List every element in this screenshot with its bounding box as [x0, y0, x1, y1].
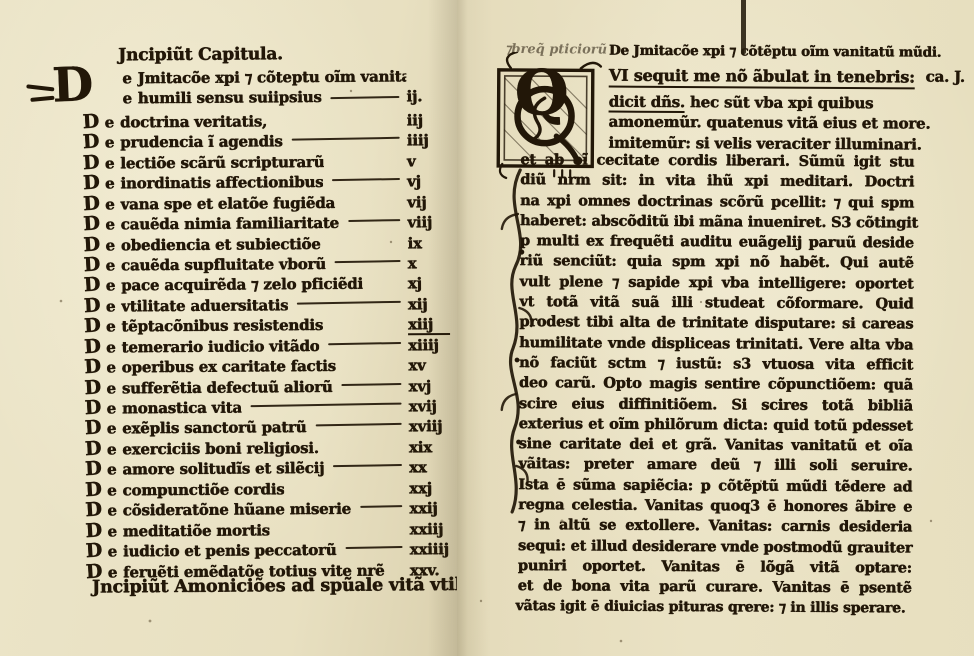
entry-title: cauẽda nimia familiaritate	[121, 214, 339, 234]
toc-entry: Deoperibus ex caritate factisxv	[84, 353, 450, 376]
toc-entry: Detemerario iudicio vitãdoxiiij	[84, 333, 450, 356]
entry-page-numeral: xv	[408, 356, 450, 374]
initial-flourish-icon	[30, 96, 54, 102]
body-line: puniri oportet. Vanitas ē lõgã vitã opta…	[518, 556, 912, 579]
entry-page-numeral: xx	[409, 458, 451, 476]
leader-gap	[336, 370, 408, 371]
toc-entry: Deobediencia et subiectiõeix	[83, 231, 449, 254]
entry-page-numeral: xxj	[409, 479, 451, 497]
leader-gap	[321, 248, 408, 249]
entry-initial-small: e	[105, 134, 114, 152]
toc-entry: Deexerciciis boni religiosi.xix	[85, 435, 451, 458]
entry-initial-small: e	[106, 297, 115, 315]
entry-initial-small: e	[106, 379, 115, 397]
catchword-line: vãtas igit ē diuicias pituras qrere: ⁊ i…	[515, 598, 905, 616]
toc-entry: Decauẽda nimia familiaritateviij	[83, 210, 449, 233]
leader-gap	[270, 534, 410, 535]
entry-title: vana spe et elatõe fugiẽda	[120, 193, 335, 212]
entry-title: iudicio et penis peccatorũ	[123, 541, 337, 560]
body-line: humilitate vnde displiceas trinitati. Ve…	[519, 333, 913, 356]
entry-initial-small: e	[107, 420, 116, 438]
body-text-block: et ab oĩ cecitate cordis liberari. Sũmũ …	[518, 150, 915, 599]
text-line-rest: hec sũt vba xpi quibus	[685, 93, 873, 112]
entry-page-numeral: xj	[408, 274, 450, 292]
initial-flourish-icon	[26, 84, 54, 91]
leader-line	[331, 96, 400, 100]
entry-title: Jmitacõe xpi ⁊ cõteptu oĩm vanitatũ mũdi	[138, 67, 407, 87]
entry-title: sufferẽtia defectuũ aliorũ	[122, 377, 333, 396]
entry-initial-small: e	[107, 440, 116, 458]
leader-gap	[324, 166, 407, 167]
toc-entry: Detẽptacõnibus resistendisxiij	[84, 312, 450, 335]
toc-entry: Devana spe et elatõe fugiẽdavij	[83, 190, 449, 213]
entry-initial: D	[82, 171, 105, 194]
entry-title: exerciciis boni religiosi.	[122, 439, 319, 458]
entry-title: cauẽda supfluitate vborũ	[121, 255, 326, 274]
entry-title: cõsideratõne hũane miserie	[123, 500, 351, 520]
entry-title: tẽptacõnibus resistendis	[121, 316, 323, 335]
entry-initial-small: e	[106, 277, 115, 295]
body-line: riũ senciũt: quia spm xpi nõ habẽt. Qui …	[520, 252, 914, 275]
body-line: deo carũ. Opto magis sentire cõpunctiõem…	[519, 373, 913, 396]
toc-entry: Decõsideratõne hũane miseriexxij	[85, 496, 451, 519]
entry-initial-small: e	[107, 461, 116, 479]
body-line: nõ faciũt sctm ⁊ iustũ: s3 vtuosa vita e…	[519, 353, 913, 376]
entry-title: doctrina veritatis,	[120, 112, 267, 131]
text-line: amonemũr. quatenus vitã eius et more.	[608, 112, 930, 134]
entry-title: exẽplis sanctorũ patrũ	[122, 418, 306, 437]
scan-artifact-mark	[741, 0, 746, 54]
body-line: vt totã vitã suã illi studeat cõformare.…	[519, 292, 913, 315]
entry-initial-small: e	[105, 175, 114, 193]
entry-initial-small: e	[122, 69, 131, 87]
toc-entry: Deprudencia ĩ agendisiiij	[83, 128, 449, 151]
incipit-text: VI sequit me nõ ãbulat in tenebris:	[609, 66, 915, 90]
entry-title: pace acquirẽda ⁊ zelo pficiẽdi	[121, 275, 363, 295]
entry-page-numeral: xvij	[409, 397, 451, 415]
entry-initial-small: e	[107, 481, 116, 499]
entry-title: amore solitudĩs et silẽcij	[122, 459, 324, 478]
leader-line	[297, 301, 401, 305]
right-page-content: Q ⁊breq̃ pticiorũ De Jmitacõe xpi ⁊ cõtẽ…	[453, 0, 974, 656]
entry-page-numeral: xxiiij	[410, 540, 452, 558]
underlined-words: dicit dñs.	[609, 93, 685, 113]
entry-page-numeral: ix	[407, 234, 449, 252]
entry-page-numeral: xvj	[408, 377, 450, 395]
toc-entry: eJmitacõe xpi ⁊ cõteptu oĩm vanitatũ mũd…	[82, 67, 448, 90]
leader-line	[328, 342, 401, 346]
toc-entry: Desufferẽtia defectuũ aliorũxvj	[84, 374, 450, 397]
leader-gap	[319, 452, 409, 453]
left-page-heading: Jncipiũt Capitula.	[118, 44, 283, 65]
entry-title: obediencia et subiectiõe	[121, 234, 321, 253]
body-line: na xpi omnes doctrinas scõrũ pcellit: ⁊ …	[520, 191, 914, 214]
entry-title: inordinatis affectionibus	[120, 173, 323, 192]
entry-initial: D	[84, 457, 107, 480]
body-line: exterius et oĩm philõrum dicta: quid tot…	[519, 414, 913, 437]
entry-title: humili sensu suiipsius	[138, 88, 322, 107]
leader-gap	[267, 125, 407, 126]
handwritten-inscription: ⁊breq̃ pticiorũ	[505, 42, 607, 58]
entry-initial-small: e	[105, 113, 114, 131]
entry-initial-small: e	[107, 502, 116, 520]
toc-entry: Demeditatiõe mortisxxiij	[85, 517, 451, 540]
entry-initial-small: e	[105, 154, 114, 172]
leader-gap	[335, 207, 407, 208]
entry-initial: D	[83, 212, 106, 235]
body-line: haberet: abscõditũ ibi mãna inueniret. S…	[520, 211, 914, 234]
entry-page-numeral: viij	[407, 213, 449, 231]
body-line: sequi: et illud desiderare vnde postmodũ…	[518, 536, 912, 559]
entry-page-numeral: xxiij	[409, 520, 451, 538]
entry-title: compunctiõe cordis	[122, 480, 284, 499]
entry-initial: D	[84, 355, 107, 378]
leader-line	[360, 505, 402, 508]
entry-page-numeral: xij	[408, 295, 450, 313]
left-page-footer: Jncipiũt Amoniciões ad spũale vitã vtile…	[92, 575, 488, 598]
entry-page-numeral: xiiij	[408, 336, 450, 354]
entry-initial-small: e	[106, 338, 115, 356]
entry-initial-small: e	[122, 90, 131, 108]
entry-initial-small: e	[106, 358, 115, 376]
toc-entry: Deamore solitudĩs et silẽcijxx	[85, 455, 451, 478]
body-line: scire eius diffinitiõem. Si scires totã …	[519, 394, 913, 417]
toc-entry: Decauẽda supfluitate vborũx	[83, 251, 449, 274]
body-line: p multi ex frequẽti auditu euãgelij paru…	[520, 231, 914, 254]
leader-line	[332, 178, 400, 182]
entry-page-numeral: iiij	[407, 131, 449, 149]
entry-title: temerario iudicio vitãdo	[121, 337, 319, 356]
entry-initial-small: e	[107, 399, 116, 417]
entry-title: lectiõe scãrũ scripturarũ	[120, 153, 324, 172]
body-line: prodest tibi alta de trinitate disputare…	[519, 312, 913, 335]
entry-page-numeral: xxij	[409, 499, 451, 517]
entry-initial-small: e	[106, 318, 115, 336]
entry-initial: D	[83, 314, 106, 337]
leader-line	[345, 546, 402, 549]
entry-page-numeral: x	[408, 254, 450, 272]
body-line: vult plene ⁊ sapide xpi vba intelligere:…	[519, 272, 913, 295]
entry-page-numeral: iij	[407, 111, 449, 129]
leader-line	[315, 423, 401, 427]
leader-line	[335, 260, 401, 264]
entry-page-numeral: xviij	[409, 417, 451, 435]
leader-line	[251, 403, 402, 408]
leader-line	[333, 464, 402, 468]
entry-page-numeral: v	[407, 152, 449, 170]
body-line: sine caritate dei et grã. Vanitas vanita…	[518, 434, 912, 457]
toc-entry: Deexẽplis sanctorũ patrũxviij	[85, 414, 451, 437]
entry-page-numeral: xiij	[408, 315, 450, 335]
entry-title: meditatiõe mortis	[123, 521, 270, 540]
entry-initial: D	[85, 498, 108, 521]
toc-list: eJmitacõe xpi ⁊ cõteptu oĩm vanitatũ mũd…	[82, 67, 452, 580]
entry-title: operibus ex caritate factis	[122, 357, 336, 376]
leader-line	[348, 219, 400, 222]
book-scan: { "colors": { "paper": "#e9e1c3", "ink":…	[0, 0, 974, 656]
entry-initial-small: e	[108, 542, 117, 560]
entry-initial-small: e	[107, 522, 116, 540]
entry-initial-small: e	[105, 215, 114, 233]
body-line: Ista ē sũma sapiẽcia: p cõtẽptũ mũdi tẽd…	[518, 475, 912, 498]
entry-initial-small: e	[106, 256, 115, 274]
toc-entry: Delectiõe scãrũ scripturarũv	[83, 149, 449, 172]
body-line: vãitas: preter amare deũ ⁊ illi soli ser…	[518, 454, 912, 477]
toc-entry: Deiudicio et penis peccatorũxxiiij	[85, 537, 451, 560]
toc-entry: Deinordinatis affectionibusvj	[83, 169, 449, 192]
toc-entry: Dedoctrina veritatis,iij	[82, 108, 448, 131]
entry-initial-small: e	[105, 195, 114, 213]
toc-entry: Depace acquirẽda ⁊ zelo pficiẽdixj	[84, 271, 450, 294]
body-line: et ab oĩ cecitate cordis liberari. Sũmũ …	[520, 150, 914, 173]
entry-page-numeral: vij	[407, 193, 449, 211]
leader-line	[291, 137, 399, 141]
entry-page-numeral: xix	[409, 438, 451, 456]
body-line: regna celestia. Vanitas quoq3 ē honores …	[518, 495, 912, 518]
right-large-initial: Q	[513, 61, 570, 125]
entry-title: prudencia ĩ agendis	[120, 132, 283, 151]
incipit-line: VI sequit me nõ ãbulat in tenebris: ca. …	[609, 66, 965, 90]
body-line: diũ nrm sit: in vita ihũ xpi meditari. D…	[520, 170, 914, 193]
entry-page-numeral: vj	[407, 172, 449, 190]
entry-initial-small: e	[105, 236, 114, 254]
entry-title: monastica vita	[122, 398, 242, 417]
leader-gap	[284, 493, 409, 494]
leader-line	[341, 383, 401, 386]
body-line: ⁊ in altũ se extollere. Vanitas: carnis …	[518, 515, 912, 538]
entry-title: vtilitate aduersitatis	[121, 296, 288, 315]
text-line: dicit dñs. hec sũt vba xpi quibus	[609, 92, 931, 114]
chapter-number: ca. J.	[925, 67, 964, 89]
body-line: et de bona vita parũ curare. Vanitas ē p…	[518, 576, 912, 599]
left-page: Jncipiũt Capitula. D eJmitacõe xpi ⁊ cõt…	[0, 0, 457, 656]
left-page-content: Jncipiũt Capitula. D eJmitacõe xpi ⁊ cõt…	[0, 0, 461, 656]
toc-entry: Demonastica vitaxvij	[84, 394, 450, 417]
leader-gap	[323, 330, 408, 331]
toc-entry: ehumili sensu suiipsiusij.	[82, 87, 448, 110]
entry-initial: D	[85, 539, 108, 562]
right-page-heading: De Jmitacõe xpi ⁊ cõtẽptu oĩm vanitatũ m…	[609, 43, 965, 61]
entry-page-numeral: ij.	[406, 87, 448, 105]
right-page: Q ⁊breq̃ pticiorũ De Jmitacõe xpi ⁊ cõtẽ…	[457, 0, 974, 656]
toc-entry: Decompunctiõe cordisxxj	[85, 476, 451, 499]
indented-text-block: dicit dñs. hec sũt vba xpi quibus amonem…	[608, 92, 930, 155]
toc-entry: Devtilitate aduersitatisxij	[84, 292, 450, 315]
